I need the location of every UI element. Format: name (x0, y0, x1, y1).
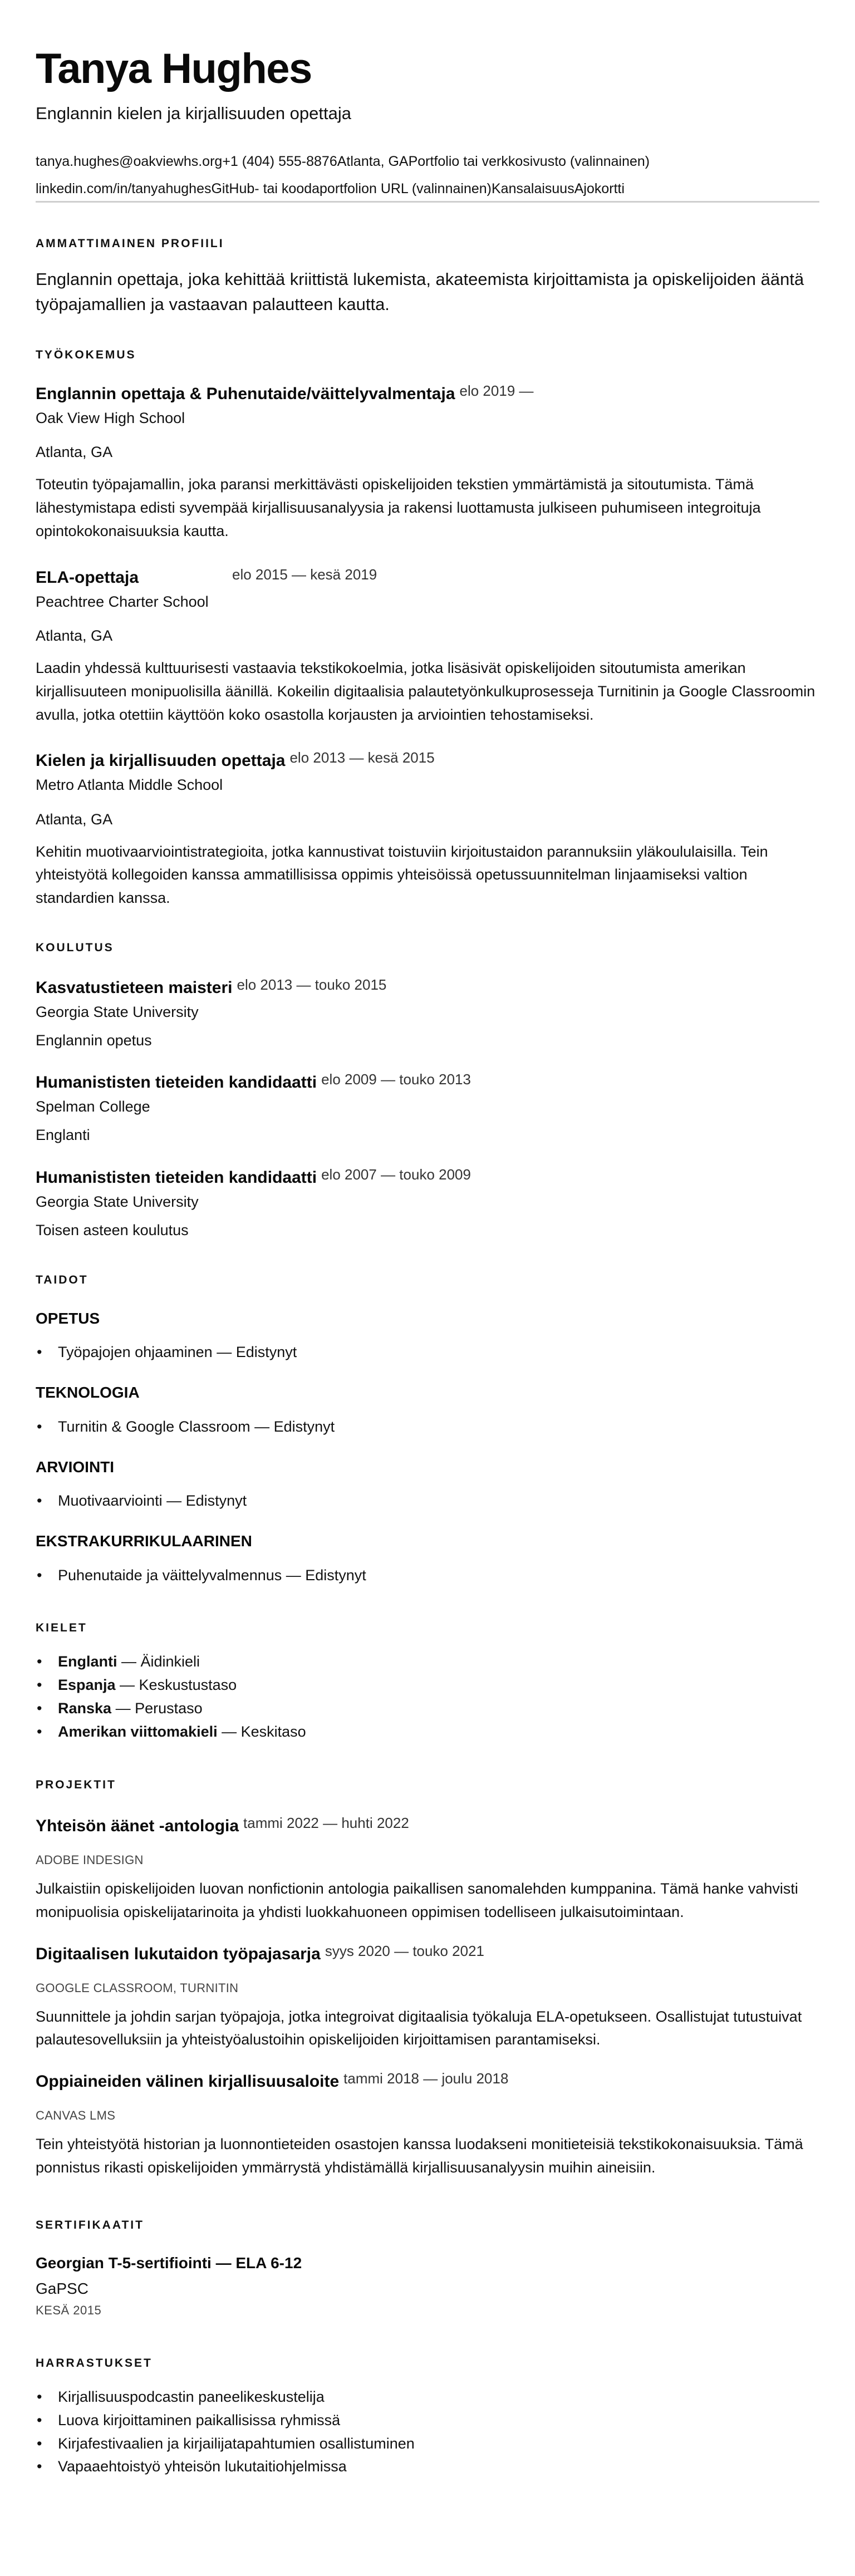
interest-item: Luova kirjoittaminen paikallisissa ryhmi… (36, 2409, 819, 2432)
school-name: Spelman College (36, 1097, 819, 1117)
interest-item: Kirjafestivaalien ja kirjailijatapahtumi… (36, 2432, 819, 2456)
language-item: Englanti — Äidinkieli (36, 1650, 819, 1674)
job-description: Toteutin työpajamallin, joka paransi mer… (36, 473, 819, 543)
resume-page: Tanya Hughes Englannin kielen ja kirjall… (0, 0, 855, 2512)
skill-item: Työpajojen ohjaaminen — Edistynyt (36, 1341, 819, 1364)
job-title: Englannin opettaja & Puhenutaide/väittel… (36, 384, 455, 404)
job-location: Atlanta, GA (36, 443, 819, 462)
job-dates: elo 2019 — (460, 383, 534, 399)
job-employer: Peachtree Charter School (36, 592, 819, 612)
project-tools: CANVAS LMS (36, 2108, 819, 2123)
contact-email[interactable]: tanya.hughes@oakviewhs.org (36, 154, 222, 169)
education-section: Koulutus Kasvatustieteen maisteri elo 20… (36, 941, 819, 1240)
school-name: Georgia State University (36, 1192, 819, 1212)
certification-issuer: GaPSC (36, 2280, 819, 2298)
project-entry: Oppiaineiden välinen kirjallisuusaloite … (36, 2072, 819, 2180)
degree-name: Humanististen tieteiden kandidaatti (36, 1168, 317, 1188)
project-description: Tein yhteistyötä historian ja luonnontie… (36, 2133, 819, 2180)
project-entry: Yhteisön äänet -antologia tammi 2022 — h… (36, 1816, 819, 1924)
contact-phone[interactable]: +1 (404) 555-8876 (222, 154, 337, 169)
project-name: Oppiaineiden välinen kirjallisuusaloite (36, 2072, 339, 2092)
project-dates: tammi 2018 — joulu 2018 (343, 2071, 508, 2087)
section-title: Työkokemus (36, 348, 819, 362)
degree-name: Kasvatustieteen maisteri (36, 978, 233, 998)
certification-name: Georgian T-5-sertifiointi — ELA 6-12 (36, 2254, 819, 2272)
education-entry: Humanististen tieteiden kandidaatti elo … (36, 1073, 819, 1145)
language-level: — Keskustustaso (116, 1677, 237, 1693)
education-entry: Kasvatustieteen maisteri elo 2013 — touk… (36, 978, 819, 1050)
projects-section: Projektit Yhteisön äänet -antologia tamm… (36, 1778, 819, 2180)
project-dates: tammi 2022 — huhti 2022 (243, 1815, 409, 1831)
skill-item: Turnitin & Google Classroom — Edistynyt (36, 1415, 819, 1439)
project-entry: Digitaalisen lukutaidon työpajasarja syy… (36, 1944, 819, 2052)
project-tools: ADOBE INDESIGN (36, 1853, 819, 1867)
section-title: Sertifikaatit (36, 2219, 819, 2232)
language-level: — Keskitaso (218, 1723, 306, 1740)
job-description: Laadin yhdessä kulttuurisesti vastaavia … (36, 657, 819, 727)
skill-category: EKSTRAKURRIKULAARINEN (36, 1532, 819, 1551)
skill-item: Puhenutaide ja väittelyvalmennus — Edist… (36, 1564, 819, 1587)
project-dates: syys 2020 — touko 2021 (325, 1943, 484, 1959)
contact-row-secondary: linkedin.com/in/tanyahughesGitHub- tai k… (36, 180, 819, 203)
certification-date: KESÄ 2015 (36, 2303, 819, 2318)
skill-category: OPETUS (36, 1309, 819, 1328)
language-list: Englanti — Äidinkieli Espanja — Keskustu… (36, 1650, 819, 1743)
contact-location: Atlanta, GA (337, 154, 409, 169)
section-title: Projektit (36, 1778, 819, 1792)
degree-name: Humanististen tieteiden kandidaatti (36, 1073, 317, 1093)
skill-list: Puhenutaide ja väittelyvalmennus — Edist… (36, 1564, 819, 1587)
job-location: Atlanta, GA (36, 626, 819, 646)
contact-citizenship: Kansalaisuus (492, 181, 574, 196)
education-dates: elo 2009 — touko 2013 (321, 1071, 471, 1088)
project-description: Julkaistiin opiskelijoiden luovan nonfic… (36, 1877, 819, 1924)
skill-list: Muotivaarviointi — Edistynyt (36, 1489, 819, 1513)
section-title: Ammattimainen profiili (36, 237, 819, 250)
language-item: Espanja — Keskustustaso (36, 1674, 819, 1697)
language-name: Englanti (58, 1653, 117, 1670)
project-name: Yhteisön äänet -antologia (36, 1816, 239, 1836)
language-item: Amerikan viittomakieli — Keskitaso (36, 1720, 819, 1744)
skill-item: Muotivaarviointi — Edistynyt (36, 1489, 819, 1513)
job-title: ELA-opettaja (36, 568, 139, 588)
skill-list: Turnitin & Google Classroom — Edistynyt (36, 1415, 819, 1439)
project-tools: GOOGLE CLASSROOM, TURNITIN (36, 1981, 819, 1995)
language-name: Espanja (58, 1677, 116, 1693)
experience-entry: Kielen ja kirjallisuuden opettaja elo 20… (36, 751, 819, 910)
language-level: — Äidinkieli (117, 1653, 200, 1670)
field-of-study: Englanti (36, 1125, 819, 1145)
candidate-name: Tanya Hughes (36, 47, 819, 91)
certifications-section: Sertifikaatit Georgian T-5-sertifiointi … (36, 2219, 819, 2318)
experience-entry: ELA-opettaja elo 2015 — kesä 2019 Peacht… (36, 568, 819, 727)
job-title: Kielen ja kirjallisuuden opettaja (36, 751, 285, 771)
education-dates: elo 2013 — touko 2015 (237, 977, 387, 993)
interest-item: Vapaaehtoistyö yhteisön lukutaitiohjelmi… (36, 2455, 819, 2479)
candidate-headline: Englannin kielen ja kirjallisuuden opett… (36, 102, 819, 125)
language-item: Ranska — Perustaso (36, 1697, 819, 1720)
job-dates: elo 2013 — kesä 2015 (289, 750, 434, 766)
project-name: Digitaalisen lukutaidon työpajasarja (36, 1944, 321, 1964)
language-name: Amerikan viittomakieli (58, 1723, 218, 1740)
interest-item: Kirjallisuuspodcastin paneelikeskustelij… (36, 2386, 819, 2409)
job-employer: Oak View High School (36, 409, 819, 428)
contact-github[interactable]: GitHub- tai koodaportfolion URL (valinna… (211, 181, 492, 196)
interest-list: Kirjallisuuspodcastin paneelikeskustelij… (36, 2386, 819, 2479)
section-title: Taidot (36, 1274, 819, 1287)
field-of-study: Englannin opetus (36, 1031, 819, 1050)
job-employer: Metro Atlanta Middle School (36, 775, 819, 795)
skill-list: Työpajojen ohjaaminen — Edistynyt (36, 1341, 819, 1364)
job-description: Kehitin muotivaarviointistrategioita, jo… (36, 840, 819, 911)
contact-drivers-license: Ajokortti (574, 181, 625, 196)
section-title: Harrastukset (36, 2357, 819, 2370)
contact-portfolio[interactable]: Portfolio tai verkkosivusto (valinnainen… (409, 154, 650, 169)
education-dates: elo 2007 — touko 2009 (321, 1167, 471, 1183)
skill-category: ARVIOINTI (36, 1458, 819, 1477)
contact-row-primary: tanya.hughes@oakviewhs.org+1 (404) 555-8… (36, 153, 819, 171)
project-description: Suunnittele ja johdin sarjan työpajoja, … (36, 2005, 819, 2052)
experience-entry: Englannin opettaja & Puhenutaide/väittel… (36, 384, 819, 543)
skill-category: TEKNOLOGIA (36, 1383, 819, 1402)
job-location: Atlanta, GA (36, 810, 819, 829)
resume-header: Tanya Hughes Englannin kielen ja kirjall… (36, 47, 819, 203)
profile-section: Ammattimainen profiili Englannin opettaj… (36, 237, 819, 317)
section-title: Koulutus (36, 941, 819, 955)
section-title: Kielet (36, 1621, 819, 1635)
school-name: Georgia State University (36, 1002, 819, 1022)
contact-linkedin[interactable]: linkedin.com/in/tanyahughes (36, 181, 211, 196)
interests-section: Harrastukset Kirjallisuuspodcastin panee… (36, 2357, 819, 2479)
profile-summary: Englannin opettaja, joka kehittää kriitt… (36, 267, 819, 317)
experience-section: Työkokemus Englannin opettaja & Puhenuta… (36, 348, 819, 910)
education-entry: Humanististen tieteiden kandidaatti elo … (36, 1168, 819, 1240)
language-level: — Perustaso (111, 1700, 203, 1717)
field-of-study: Toisen asteen koulutus (36, 1221, 819, 1240)
skills-section: Taidot OPETUS Työpajojen ohjaaminen — Ed… (36, 1274, 819, 1587)
job-dates: elo 2015 — kesä 2019 (232, 567, 377, 583)
languages-section: Kielet Englanti — Äidinkieli Espanja — K… (36, 1621, 819, 1743)
language-name: Ranska (58, 1700, 111, 1717)
